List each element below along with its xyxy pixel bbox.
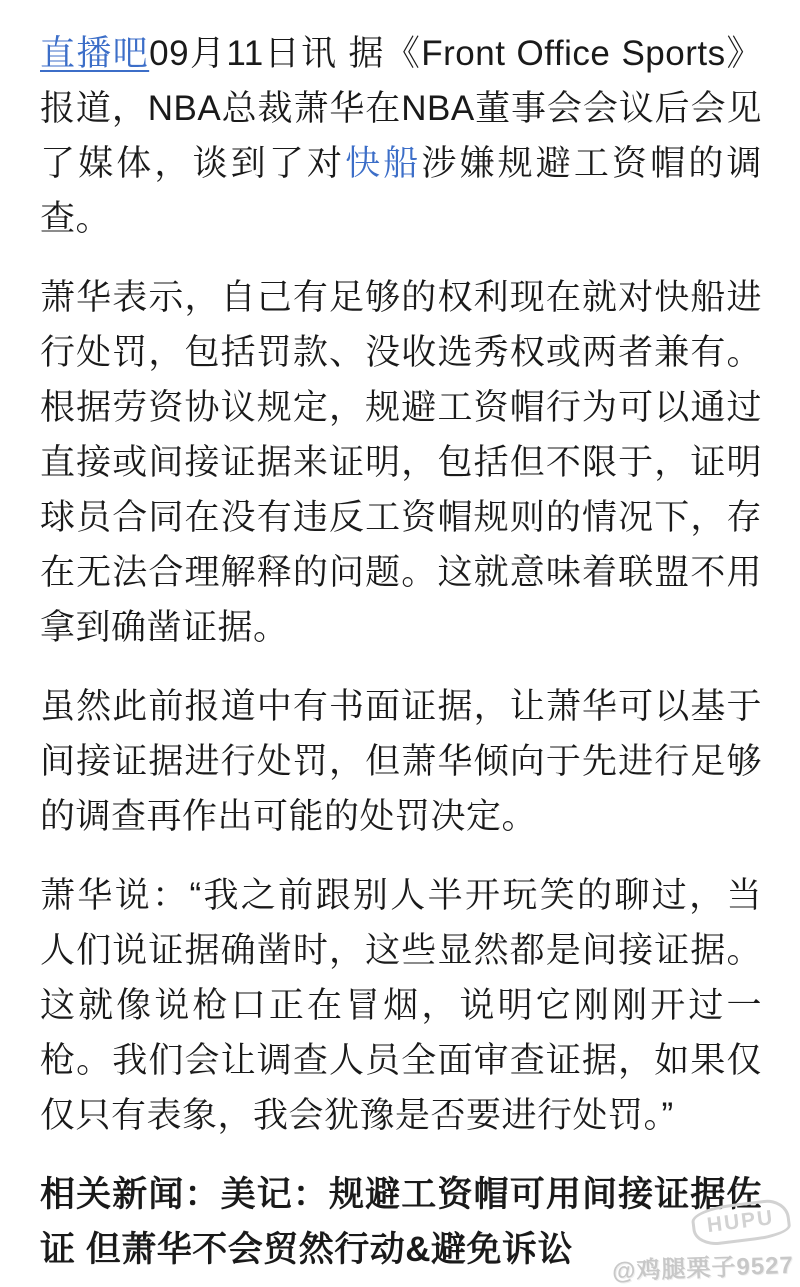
article-body: 直播吧09月11日讯 据《Front Office Sports》报道，NBA总… [0,0,800,1277]
paragraph-4-text-1: 萧华说：“我之前跟别人半开玩笑的聊过，当人们说证据确凿时，这些显然都是间接证据。… [40,876,762,1135]
paragraph-1: 直播吧09月11日讯 据《Front Office Sports》报道，NBA总… [40,26,762,246]
paragraph-5-text-1: 相关新闻：美记：规避工资帽可用间接证据佐证 但萧华不会贸然行动&避免诉讼 [40,1175,762,1269]
paragraph-5: 相关新闻：美记：规避工资帽可用间接证据佐证 但萧华不会贸然行动&避免诉讼 [40,1167,762,1277]
paragraph-3: 虽然此前报道中有书面证据，让萧华可以基于间接证据进行处罚，但萧华倾向于先进行足够… [40,679,762,844]
paragraph-3-text-1: 虽然此前报道中有书面证据，让萧华可以基于间接证据进行处罚，但萧华倾向于先进行足够… [40,687,762,836]
link-zhiboba[interactable]: 直播吧 [40,34,149,73]
paragraph-2: 萧华表示，自己有足够的权利现在就对快船进行处罚，包括罚款、没收选秀权或两者兼有。… [40,270,762,655]
paragraph-2-text-1: 萧华表示，自己有足够的权利现在就对快船进行处罚，包括罚款、没收选秀权或两者兼有。… [40,278,762,647]
paragraph-4: 萧华说：“我之前跟别人半开玩笑的聊过，当人们说证据确凿时，这些显然都是间接证据。… [40,868,762,1143]
link-clippers[interactable]: 快船 [345,144,421,183]
